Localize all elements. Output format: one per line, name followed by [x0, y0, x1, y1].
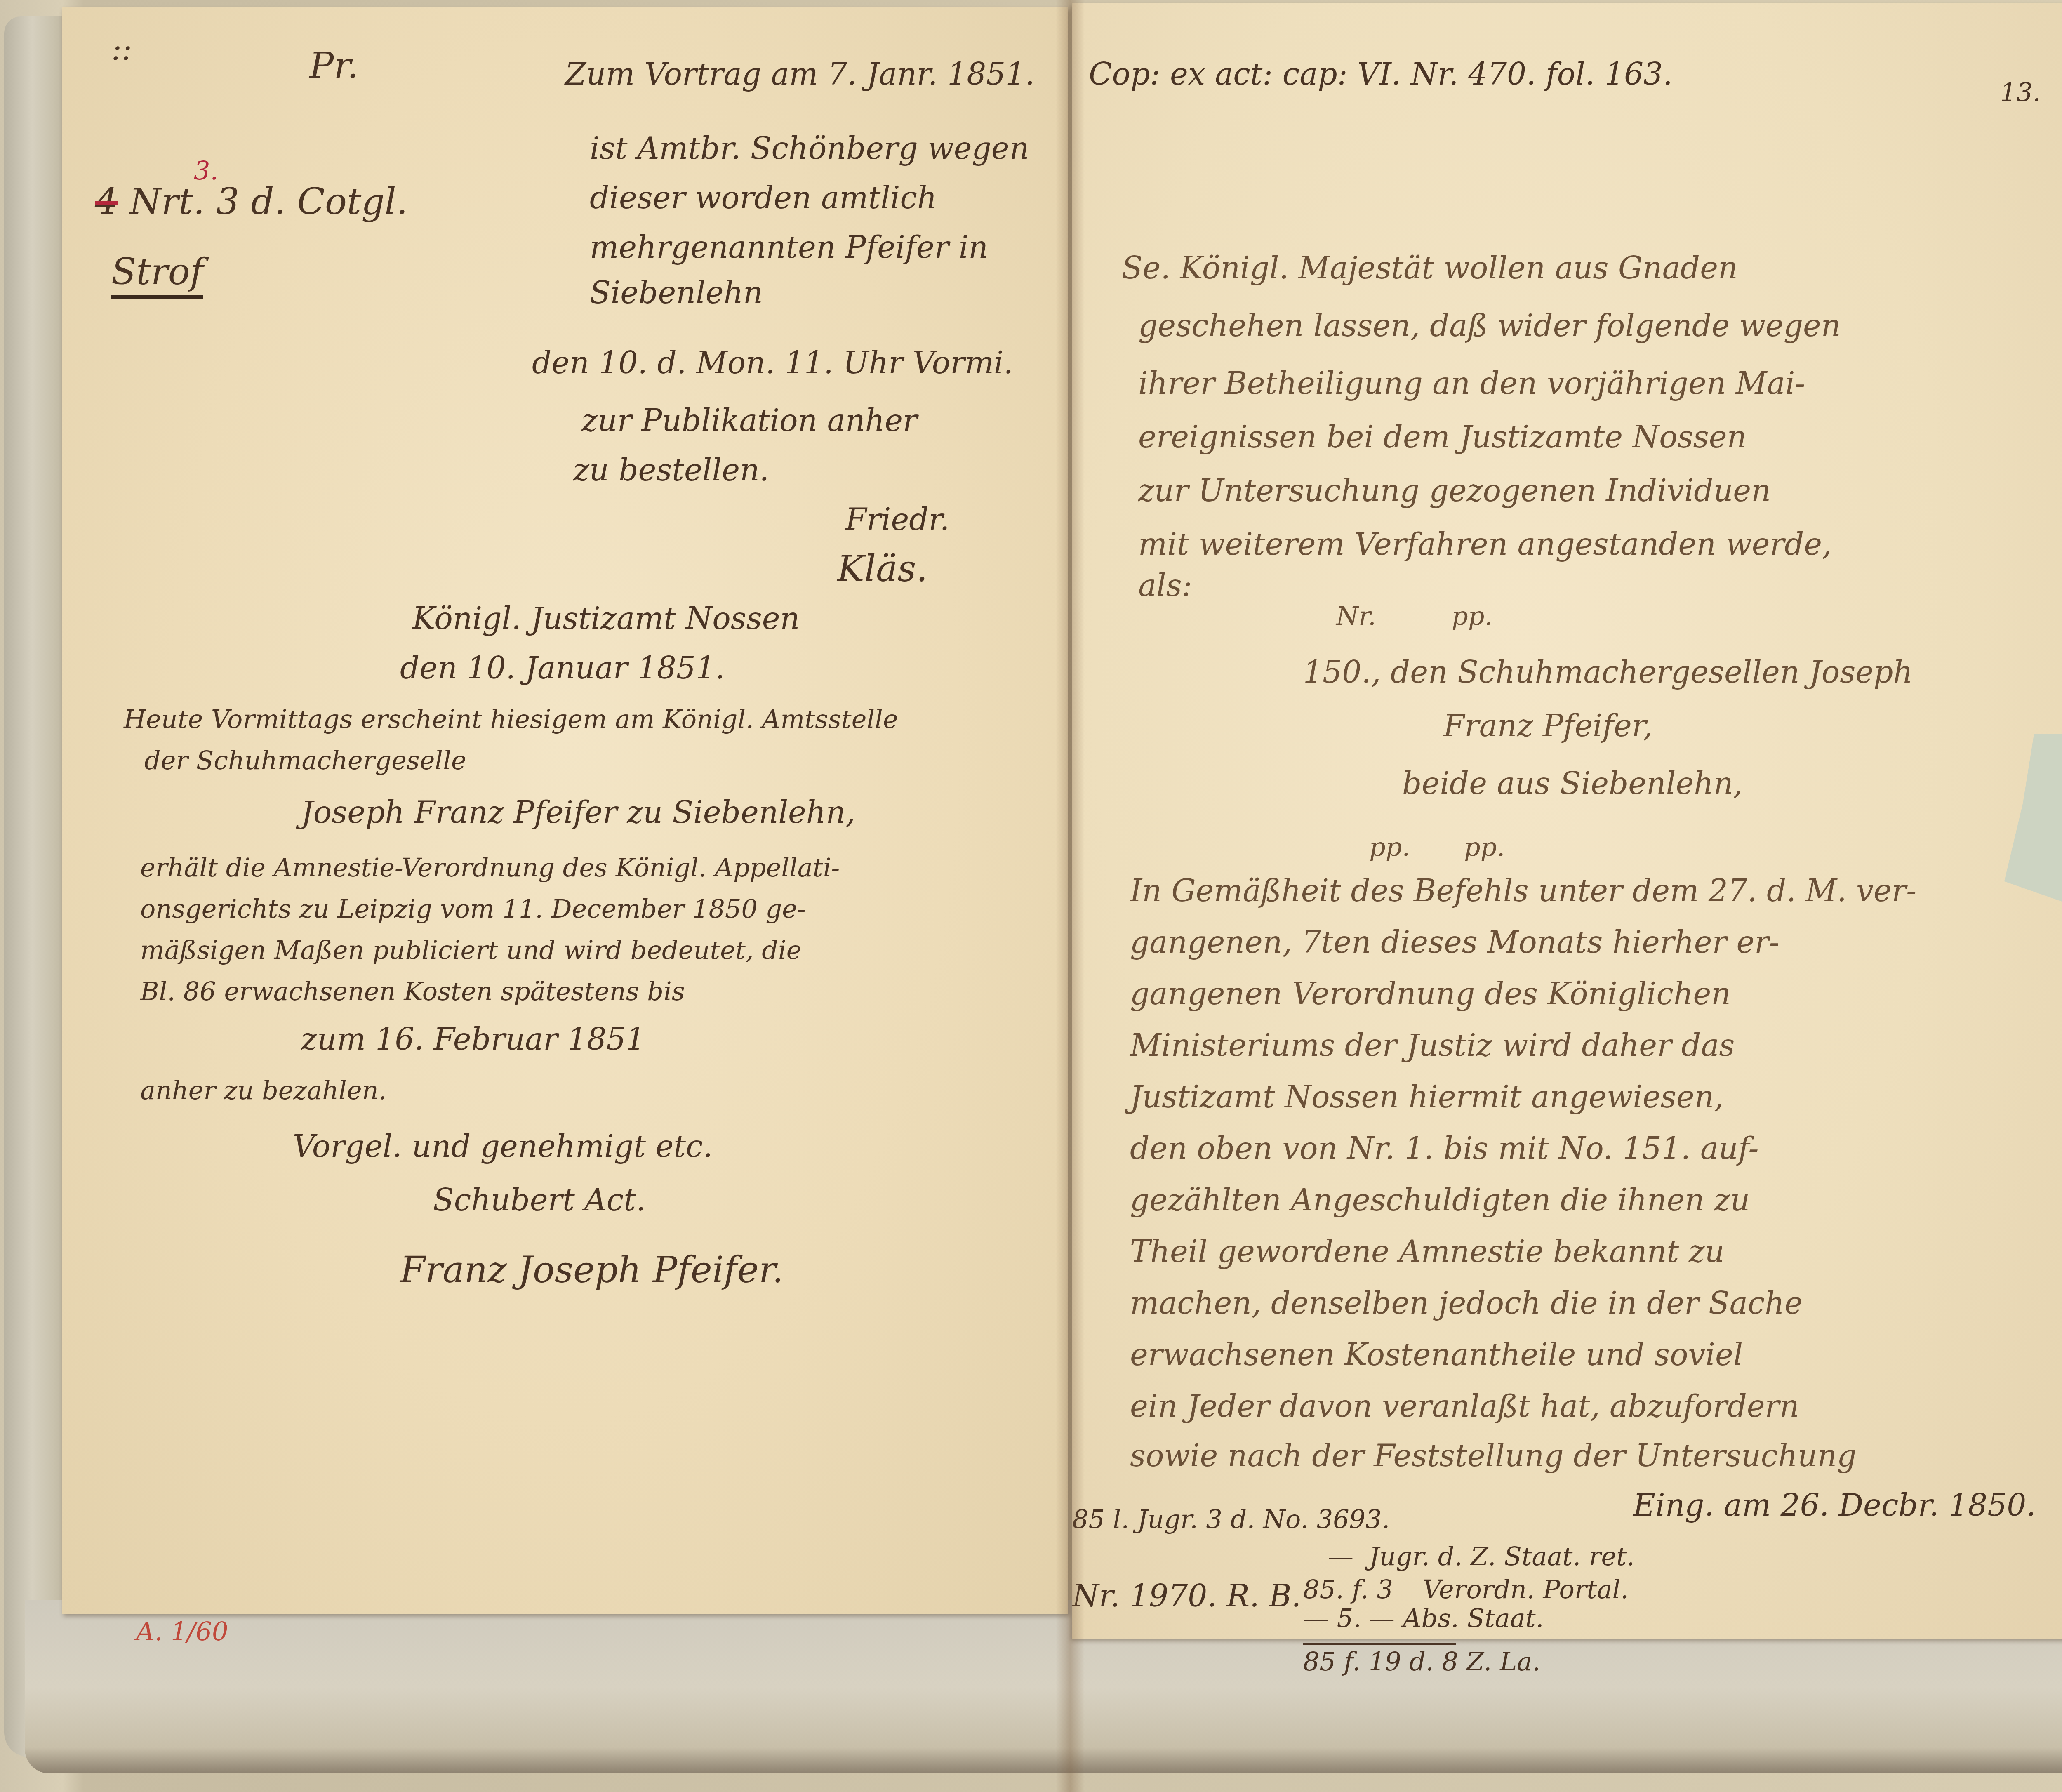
official-signature: Schubert Act. — [433, 1183, 645, 1218]
note-line: anher zu bezahlen. — [140, 1076, 386, 1105]
cost-total: 85 f. 19 d. 8 Z. La. — [1303, 1647, 1540, 1676]
party-signature: Franz Joseph Pfeifer. — [400, 1249, 784, 1290]
body-line: Justizamt Nossen hiermit angewiesen, — [1130, 1080, 1724, 1115]
body-line: gangenen Verordnung des Königlichen — [1130, 977, 1731, 1012]
cost-desc: — Abs. Staat. — [1369, 1604, 1544, 1633]
cost-desc: Jugr. d. Z. Staat. ret. — [1369, 1542, 1635, 1571]
note-line: dieser worden amtlich — [590, 181, 937, 216]
body-line: gezählten Angeschuldigten die ihnen zu — [1130, 1183, 1750, 1218]
note-signature: Kläs. — [837, 548, 927, 589]
body-line: Se. Königl. Majestät wollen aus Gnaden — [1122, 251, 1738, 286]
list-header: Nr. — [1336, 601, 1376, 631]
right-page: Cop: ex act: cap: VI. Nr. 470. fol. 163.… — [1072, 3, 2062, 1639]
body-line: ereignissen bei dem Justizamte Nossen — [1138, 420, 1747, 455]
note-line: zur Publikation anher — [581, 403, 917, 438]
note-line: erhält die Amnestie-Verordnung des König… — [140, 853, 840, 882]
list-footer: pp. — [1464, 832, 1505, 862]
note-closing: Vorgel. und genehmigt etc. — [293, 1129, 713, 1164]
book-gutter — [1056, 0, 1085, 1792]
underlined-signature: Strof — [111, 251, 203, 299]
body-line: ihrer Betheiligung an den vorjährigen Ma… — [1138, 366, 1805, 401]
body-line: den oben von Nr. 1. bis mit No. 151. auf… — [1130, 1131, 1758, 1166]
red-pencil-mark: A. 1/60 — [136, 1617, 228, 1646]
list-item-line: Franz Pfeifer, — [1443, 709, 1653, 744]
note-line: der Schuhmachergeselle — [144, 746, 466, 775]
note-line: ist Amtbr. Schönberg wegen — [590, 131, 1029, 166]
note-heading: Königl. Justizamt Nossen — [412, 601, 800, 636]
body-line: mit weiterem Verfahren angestanden werde… — [1138, 527, 1832, 562]
cost-amount: 85. f. 3 — [1303, 1575, 1393, 1604]
folio-number: 13. — [2000, 78, 2041, 107]
sum-rule — [1303, 1643, 1456, 1645]
note-line: mäßsigen Maßen publiciert und wird bedeu… — [140, 935, 802, 965]
note-line: mehrgenannten Pfeifer in — [590, 230, 988, 265]
note-line: Heute Vormittags erscheint hiesigem am K… — [124, 704, 898, 734]
note-closing: Friedr. — [845, 502, 949, 537]
received-note: Eing. am 26. Decbr. 1850. — [1633, 1488, 2036, 1523]
body-line: sowie nach der Feststellung der Untersuc… — [1130, 1439, 1857, 1474]
body-line: machen, denselben jedoch die in der Sach… — [1130, 1286, 1803, 1321]
body-line: Theil gewordene Amnestie bekannt zu — [1130, 1234, 1724, 1269]
note-line: Siebenlehn — [590, 276, 763, 311]
note-line: zu bestellen. — [573, 453, 769, 488]
body-line: geschehen lassen, daß wider folgende weg… — [1138, 308, 1841, 344]
note-line: onsgerichts zu Leipzig vom 11. December … — [140, 894, 806, 923]
list-item-line: beide aus Siebenlehn, — [1402, 766, 1743, 801]
struck-number: 4 — [95, 180, 118, 223]
list-footer: pp. — [1369, 832, 1410, 862]
archive-volume: :: Pr. 3. 4 Nrt. 3 d. Cotgl. Strof Zum V… — [0, 0, 2062, 1792]
note-line: zum 16. Februar 1851 — [301, 1022, 645, 1057]
cost-desc: Verordn. Portal. — [1423, 1575, 1629, 1604]
cost-amount: — 5. — [1303, 1604, 1361, 1633]
note-line: den 10. d. Mon. 11. Uhr Vormi. — [532, 346, 1013, 381]
list-header: pp. — [1452, 601, 1492, 631]
margin-mark: Pr. — [309, 45, 359, 86]
body-line: als: — [1138, 568, 1192, 603]
margin-reference: 4 Nrt. 3 d. Cotgl. — [95, 181, 408, 222]
body-line: Ministeriums der Justiz wird daher das — [1130, 1028, 1735, 1063]
left-page: :: Pr. 3. 4 Nrt. 3 d. Cotgl. Strof Zum V… — [62, 7, 1068, 1614]
body-line: In Gemäßheit des Befehls unter dem 27. d… — [1130, 874, 1916, 909]
note-line: Bl. 86 erwachsenen Kosten spätestens bis — [140, 977, 685, 1006]
register-number: Nr. 1970. R. B. — [1072, 1579, 1301, 1614]
corner-mark: :: — [111, 32, 132, 67]
list-item-line: 150., den Schuhmachergesellen Joseph — [1303, 655, 1913, 690]
body-line: zur Untersuchung gezogenen Individuen — [1138, 473, 1771, 509]
note-line: Zum Vortrag am 7. Janr. 1851. — [565, 57, 1035, 92]
note-line: Joseph Franz Pfeifer zu Siebenlehn, — [301, 795, 855, 830]
reference-number: 85 l. Jugr. 3 d. No. 3693. — [1072, 1505, 1390, 1534]
margin-ref-text: Nrt. 3 d. Cotgl. — [129, 180, 408, 223]
body-line: ein Jeder davon veranlaßt hat, abzuforde… — [1130, 1389, 1799, 1424]
body-line: gangenen, 7ten dieses Monats hierher er- — [1130, 925, 1780, 960]
copy-reference: Cop: ex act: cap: VI. Nr. 470. fol. 163. — [1089, 57, 1673, 92]
note-date: den 10. Januar 1851. — [400, 651, 725, 686]
body-line: erwachsenen Kostenantheile und soviel — [1130, 1338, 1743, 1373]
cost-amount: — — [1328, 1542, 1353, 1571]
